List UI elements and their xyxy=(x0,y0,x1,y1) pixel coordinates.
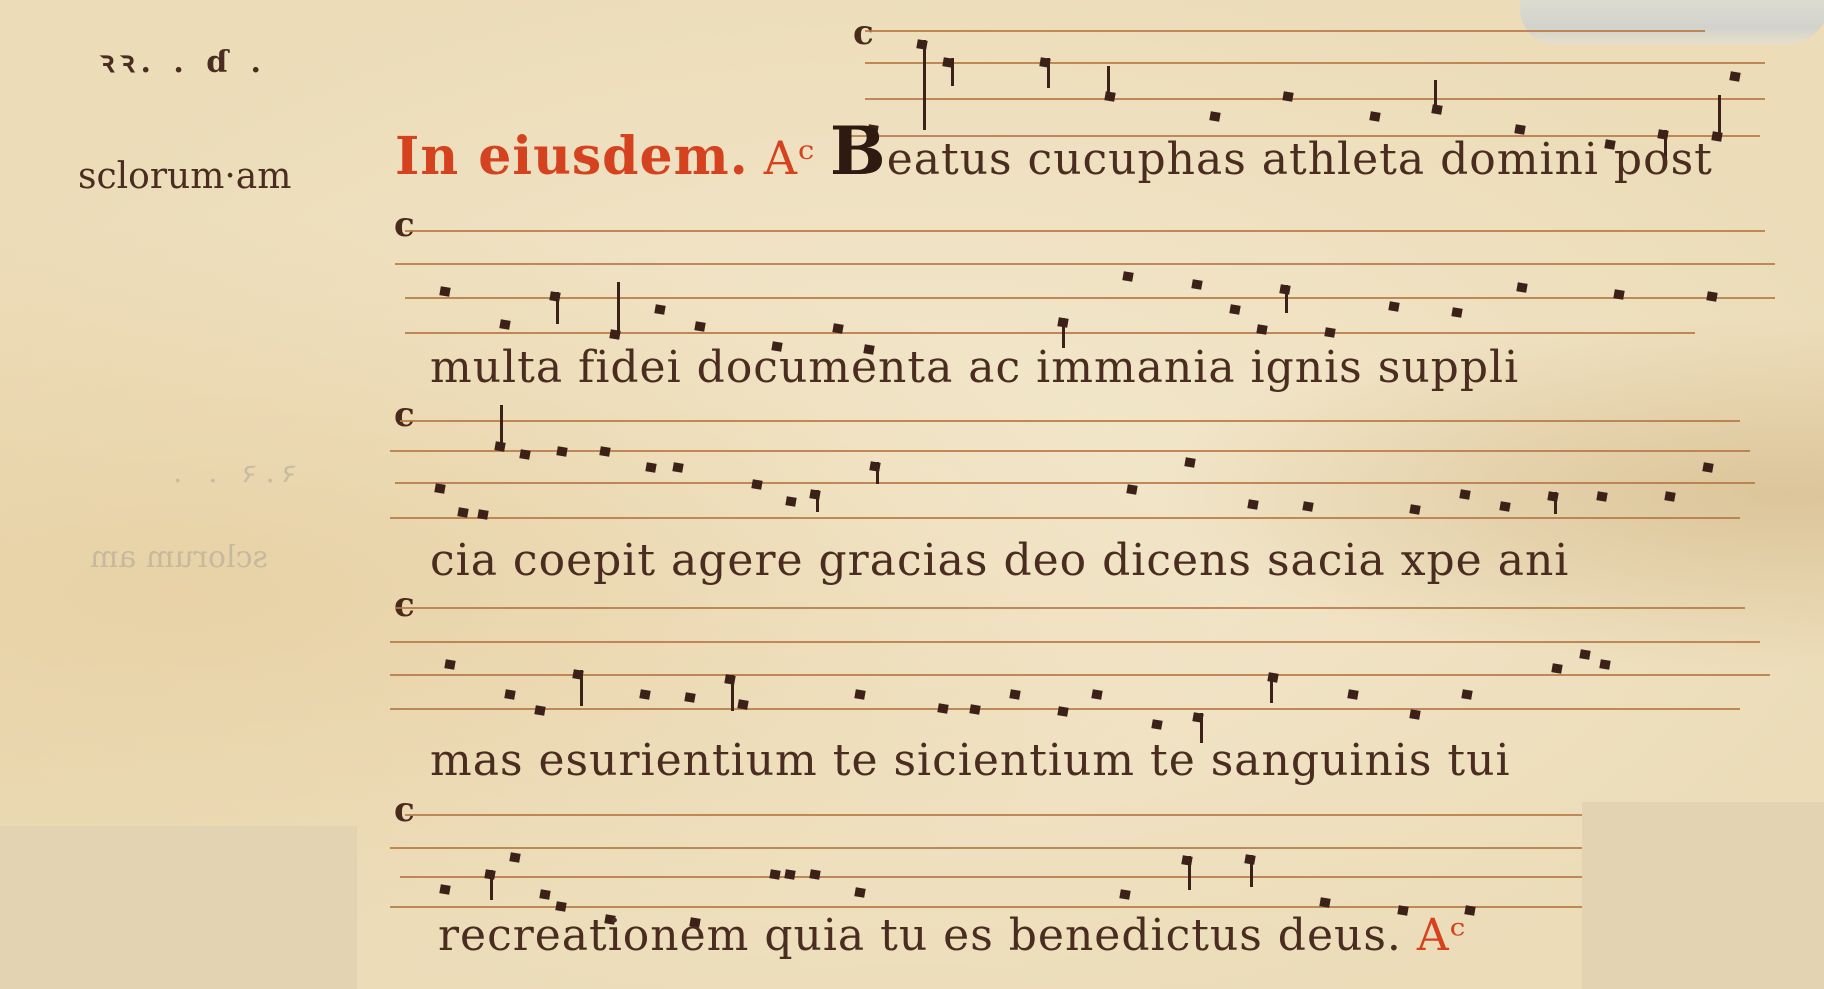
staff-line xyxy=(390,674,1770,676)
neume-punctum xyxy=(785,496,796,507)
neume-punctum xyxy=(654,304,665,315)
neume-punctum xyxy=(809,869,820,880)
chant-text: eatus cucuphas athleta domini post xyxy=(887,134,1713,185)
c-clef-icon: c xyxy=(394,398,415,432)
neume-punctum xyxy=(1579,649,1590,660)
neume-virga xyxy=(1250,855,1253,887)
neume-punctum xyxy=(599,446,610,457)
neume-punctum xyxy=(1119,889,1130,900)
neume-virga xyxy=(1047,58,1050,88)
staff-line xyxy=(395,607,1745,609)
neume-punctum xyxy=(499,319,510,330)
neume-punctum xyxy=(854,887,865,898)
neume-punctum xyxy=(1256,324,1267,335)
neume-punctum xyxy=(439,286,450,297)
water-stain xyxy=(1520,0,1824,45)
neume-punctum xyxy=(969,704,980,715)
staff-line xyxy=(395,263,1775,265)
neume-punctum xyxy=(1388,301,1399,312)
antiphon-mark: Aᶜ xyxy=(1417,910,1466,961)
staff-line xyxy=(390,641,1760,643)
staff-line xyxy=(395,482,1755,484)
neume-punctum xyxy=(509,852,520,863)
neume-virga xyxy=(1188,856,1191,890)
neume-punctum xyxy=(1551,663,1562,674)
neume-punctum xyxy=(694,321,705,332)
neume-punctum xyxy=(784,869,795,880)
staff-line xyxy=(400,876,1585,878)
neume-punctum xyxy=(1267,672,1278,683)
neume-punctum xyxy=(1104,91,1115,102)
neume-punctum xyxy=(1302,501,1313,512)
neume-punctum xyxy=(1499,501,1510,512)
staff-line xyxy=(865,30,1705,32)
neume-virga xyxy=(951,58,954,86)
neume-punctum xyxy=(937,703,948,714)
text-line-4: mas esurientium te sicientium te sanguin… xyxy=(430,735,1511,786)
neume-punctum xyxy=(1613,289,1624,300)
neume-punctum xyxy=(1126,484,1137,495)
staff-line xyxy=(865,62,1765,64)
initial-capital: B xyxy=(830,112,887,190)
neume-punctum xyxy=(1409,504,1420,515)
c-clef-icon: c xyxy=(394,793,415,827)
neume-punctum xyxy=(751,479,762,490)
staff-line xyxy=(390,517,1740,519)
margin-neumes: ꝛꝛ. . ɗ . xyxy=(100,40,267,81)
neume-punctum xyxy=(556,446,567,457)
staff-line xyxy=(865,98,1765,100)
neume-punctum xyxy=(769,869,780,880)
neume-punctum xyxy=(1247,499,1258,510)
margin-label: sclorum·am xyxy=(78,156,291,197)
neume-punctum xyxy=(504,689,515,700)
neume-virga xyxy=(816,490,819,512)
neume-punctum xyxy=(444,659,455,670)
text-line-1: In eiusdem. Aᶜ Beatus cucuphas athleta d… xyxy=(395,112,1713,190)
neume-punctum xyxy=(832,323,843,334)
neume-punctum xyxy=(1009,689,1020,700)
text-line-5: recreationem quia tu es benedictus deus.… xyxy=(438,910,1466,961)
neume-virga xyxy=(1718,95,1721,137)
neume-punctum xyxy=(1091,689,1102,700)
neume-punctum xyxy=(1599,659,1610,670)
staff-line xyxy=(405,814,1585,816)
neume-punctum xyxy=(737,699,748,710)
staff-line xyxy=(405,297,1775,299)
neume-virga xyxy=(1107,66,1110,94)
crop-mask-bottom-right xyxy=(1582,802,1824,989)
neume-virga xyxy=(617,282,620,332)
neume-virga xyxy=(556,292,559,324)
staff-line xyxy=(400,420,1740,422)
text-line-2: multa fidei documenta ac immania ignis s… xyxy=(430,342,1519,393)
neume-punctum xyxy=(1459,489,1470,500)
neume-punctum xyxy=(539,889,550,900)
ghost-label: sclorum am xyxy=(90,540,268,575)
neume-punctum xyxy=(645,462,656,473)
neume-punctum xyxy=(1184,457,1195,468)
neume-virga xyxy=(580,670,583,706)
neume-punctum xyxy=(1706,291,1717,302)
neume-punctum xyxy=(1324,327,1335,338)
antiphon-mark: Aᶜ xyxy=(764,131,815,185)
text-line-3: cia coepit agere gracias deo dicens saci… xyxy=(430,535,1569,586)
staff-line xyxy=(390,847,1585,849)
neume-punctum xyxy=(1596,491,1607,502)
neume-virga xyxy=(1554,492,1557,514)
c-clef-icon: c xyxy=(853,16,874,50)
neume-virga xyxy=(1285,285,1288,313)
neume-punctum xyxy=(1516,282,1527,293)
neume-punctum xyxy=(1664,491,1675,502)
staff-line xyxy=(390,450,1750,452)
neume-virga xyxy=(490,870,493,900)
neume-virga xyxy=(731,675,734,711)
neume-punctum xyxy=(639,689,650,700)
neume-punctum xyxy=(1347,689,1358,700)
neume-punctum xyxy=(1057,706,1068,717)
neume-punctum xyxy=(477,509,488,520)
neume-punctum xyxy=(1451,307,1462,318)
neume-punctum xyxy=(1229,304,1240,315)
chant-text: recreationem quia tu es benedictus deus. xyxy=(438,910,1402,961)
neume-punctum xyxy=(519,449,530,460)
neume-punctum xyxy=(1464,905,1475,916)
neume-punctum xyxy=(1151,719,1162,730)
neume-virga xyxy=(876,462,879,484)
c-clef-icon: c xyxy=(394,208,415,242)
neume-punctum xyxy=(1702,462,1713,473)
neume-punctum xyxy=(1409,709,1420,720)
neume-punctum xyxy=(684,692,695,703)
rubric-heading: In eiusdem. xyxy=(395,126,749,187)
neume-virga xyxy=(1434,80,1437,108)
manuscript-page: ꝛꝛ. . ɗ . sclorum·am ꝛ.ꝛ . . sclorum am … xyxy=(0,0,1824,989)
neume-punctum xyxy=(1729,71,1740,82)
ghost-neumes: ꝛ.ꝛ . . xyxy=(165,450,297,491)
neume-punctum xyxy=(854,689,865,700)
staff-line xyxy=(405,230,1765,232)
neume-punctum xyxy=(439,884,450,895)
neume-punctum xyxy=(457,507,468,518)
c-clef-icon: c xyxy=(394,588,415,622)
neume-virga xyxy=(1270,673,1273,703)
neume-punctum xyxy=(1461,689,1472,700)
neume-punctum xyxy=(434,483,445,494)
neume-virga xyxy=(500,405,503,445)
neume-punctum xyxy=(1282,91,1293,102)
staff-line xyxy=(405,332,1695,334)
neume-punctum xyxy=(672,462,683,473)
neume-punctum xyxy=(534,705,545,716)
neume-punctum xyxy=(1319,897,1330,908)
neume-punctum xyxy=(1122,271,1133,282)
crop-mask-bottom-left xyxy=(0,826,357,989)
neume-punctum xyxy=(1191,279,1202,290)
